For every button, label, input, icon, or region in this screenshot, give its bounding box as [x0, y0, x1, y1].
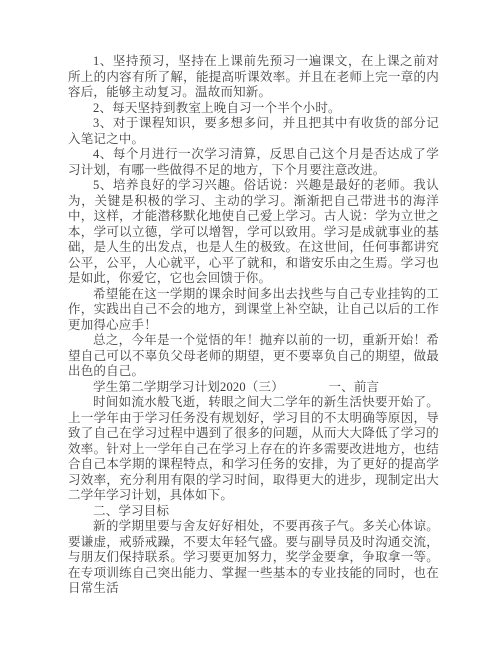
paragraph-hope-practice: 希望能在这一学期的课余时间多出去找些与自己专业挂钩的工作，实践出自己不会的地方，…: [68, 287, 439, 334]
paragraph-study-tip-5: 5、培养良好的学习兴趣。俗话说：兴趣是最好的老师。我认为，关键是积极的学习、主动…: [68, 178, 439, 287]
paragraph-study-tip-1: 1、坚持预习，坚持在上课前先预习一遍课文，在上课之前对所上的内容有所了解，能提高…: [68, 54, 439, 101]
section-title-plan-2020-part3: 学生第二学期学习计划2020（三） 一、前言: [68, 380, 439, 396]
document-page: 1、坚持预习，坚持在上课前先预习一遍课文，在上课之前对所上的内容有所了解，能提高…: [68, 54, 439, 597]
section-heading-study-goals: 二、学习目标: [68, 504, 439, 520]
paragraph-study-tip-2: 2、每天坚持到教室上晚自习一个半个小时。: [68, 101, 439, 117]
paragraph-study-goals: 新的学期里要与舍友好好相处，不要再孩子气。多关心体谅。要谦虚，戒骄戒躁，不要太年…: [68, 519, 439, 597]
paragraph-conclusion: 总之，今年是一个觉悟的年！抛弃以前的一切，重新开始！希望自己可以不辜负父母老师的…: [68, 333, 439, 380]
paragraph-foreword: 时间如流水般飞逝，转眼之间大二学年的新生活快要开始了。上一学年由于学习任务没有规…: [68, 395, 439, 504]
paragraph-study-tip-4: 4、每个月进行一次学习清算，反思自己这个月是否达成了学习计划，有哪一些做得不足的…: [68, 147, 439, 178]
paragraph-study-tip-3: 3、对于课程知识，要多想多问，并且把其中有收货的部分记入笔记之中。: [68, 116, 439, 147]
